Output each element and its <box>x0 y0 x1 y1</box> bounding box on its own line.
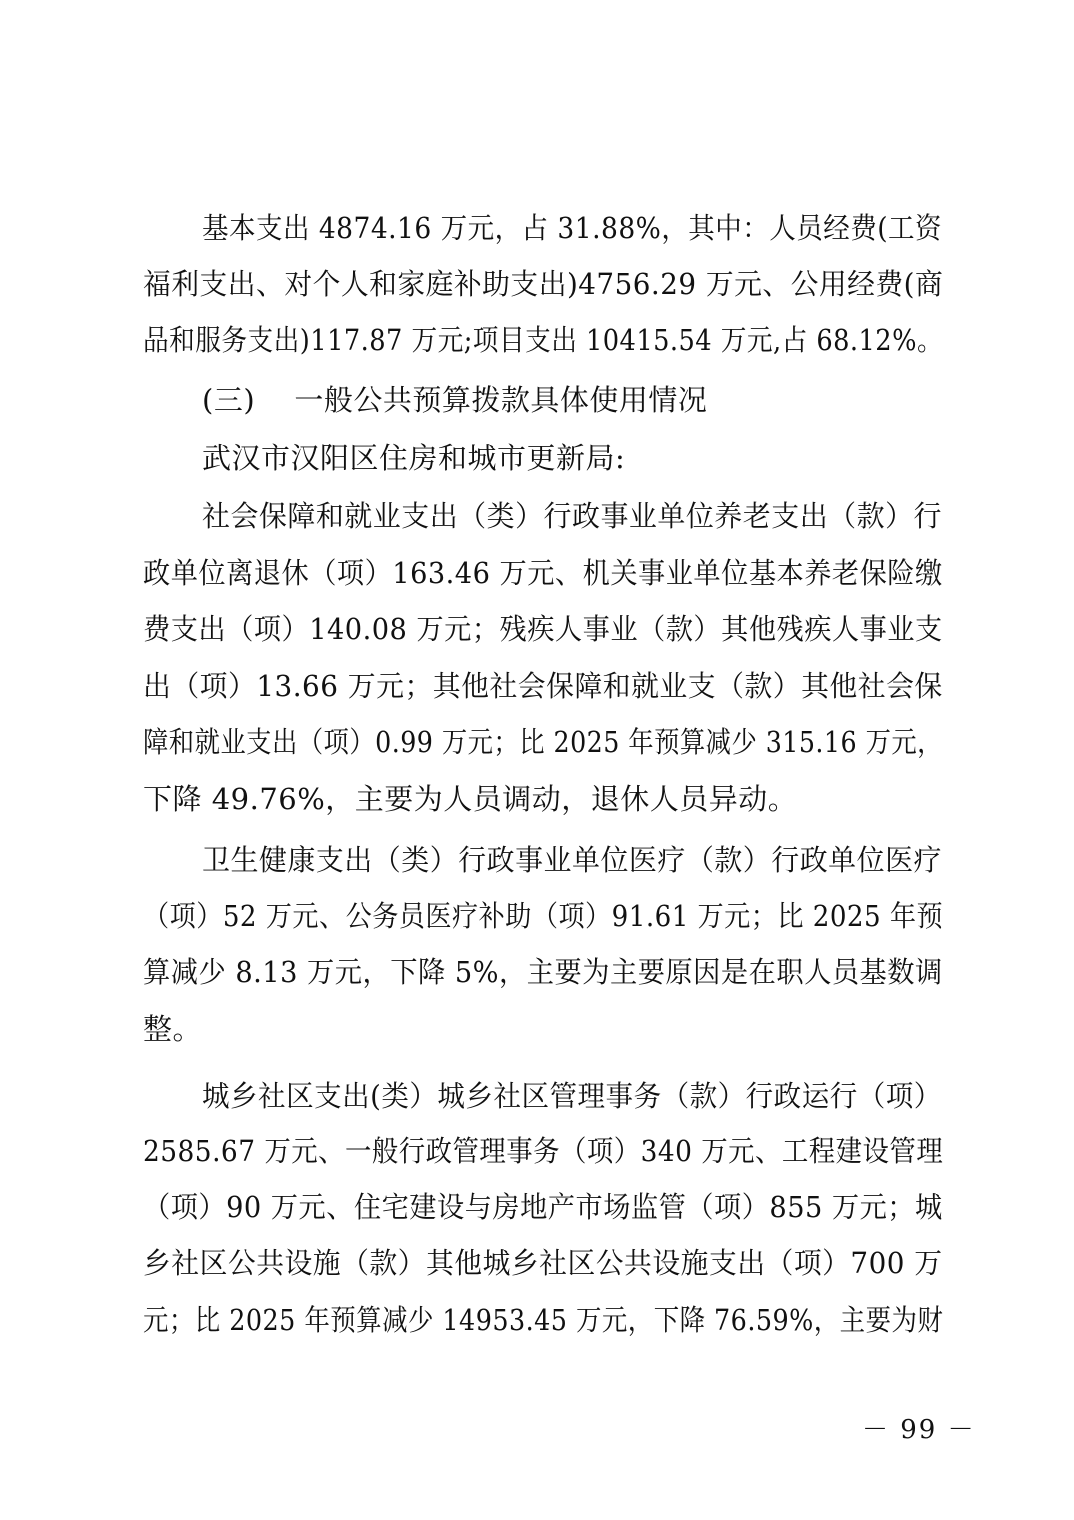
section-heading: (三) 一般公共预算拨款具体使用情况 <box>202 380 942 420</box>
text-line-15: 整。 <box>143 1009 943 1049</box>
text-line-6: 社会保障和就业支出（类）行政事业单位养老支出（款）行 <box>202 496 916 536</box>
text-line-20: 元；比 2025 年预算减少 14953.45 万元，下降 76.59%，主要为… <box>143 1300 846 1340</box>
text-line-11: 下降 49.76%，主要为人员调动，退休人员异动。 <box>143 779 943 819</box>
text-line-10: 障和就业支出（项）0.99 万元；比 2025 年预算减少 315.16 万元， <box>143 722 842 762</box>
text-line-16: 城乡社区支出(类）城乡社区管理事务（款）行政运行（项） <box>202 1076 905 1116</box>
text-line-19: 乡社区公共设施（款）其他城乡社区公共设施支出（项）700 万 <box>143 1243 910 1283</box>
page-number: － 99 － <box>862 1414 976 1446</box>
document-page: 基本支出 4874.16 万元，占 31.88%，其中：人员经费(工资 福利支出… <box>0 0 1074 1520</box>
text-line-18: （项）90 万元、住宅建设与房地产市场监管（项）855 万元；城 <box>143 1187 894 1227</box>
text-line-2: 福利支出、对个人和家庭补助支出)4756.29 万元、公用经费(商 <box>143 264 909 304</box>
text-line-14: 算减少 8.13 万元，下降 5%，主要为主要原因是在职人员基数调 <box>143 952 895 992</box>
text-line-1: 基本支出 4874.16 万元，占 31.88%，其中：人员经费(工资 <box>202 208 879 248</box>
text-line-8: 费支出（项）140.08 万元；残疾人事业（款）其他残疾人事业支 <box>143 609 894 649</box>
text-line-17: 2585.67 万元、一般行政管理事务（项）340 万元、工程建设管理 <box>143 1131 872 1171</box>
text-line-12: 卫生健康支出（类）行政事业单位医疗（款）行政单位医疗 <box>202 840 916 880</box>
text-line-13: （项）52 万元、公务员医疗补助（项）91.61 万元；比 2025 年预 <box>143 896 865 936</box>
text-line-9: 出（项）13.66 万元；其他社会保障和就业支（款）其他社会保 <box>143 666 911 706</box>
text-line-3: 品和服务支出)117.87 万元;项目支出 10415.54 万元,占 68.1… <box>143 320 852 360</box>
text-line-7: 政单位离退休（项）163.46 万元、机关事业单位基本养老保险缴 <box>143 553 894 593</box>
department-name: 武汉市汉阳区住房和城市更新局: <box>202 438 942 478</box>
